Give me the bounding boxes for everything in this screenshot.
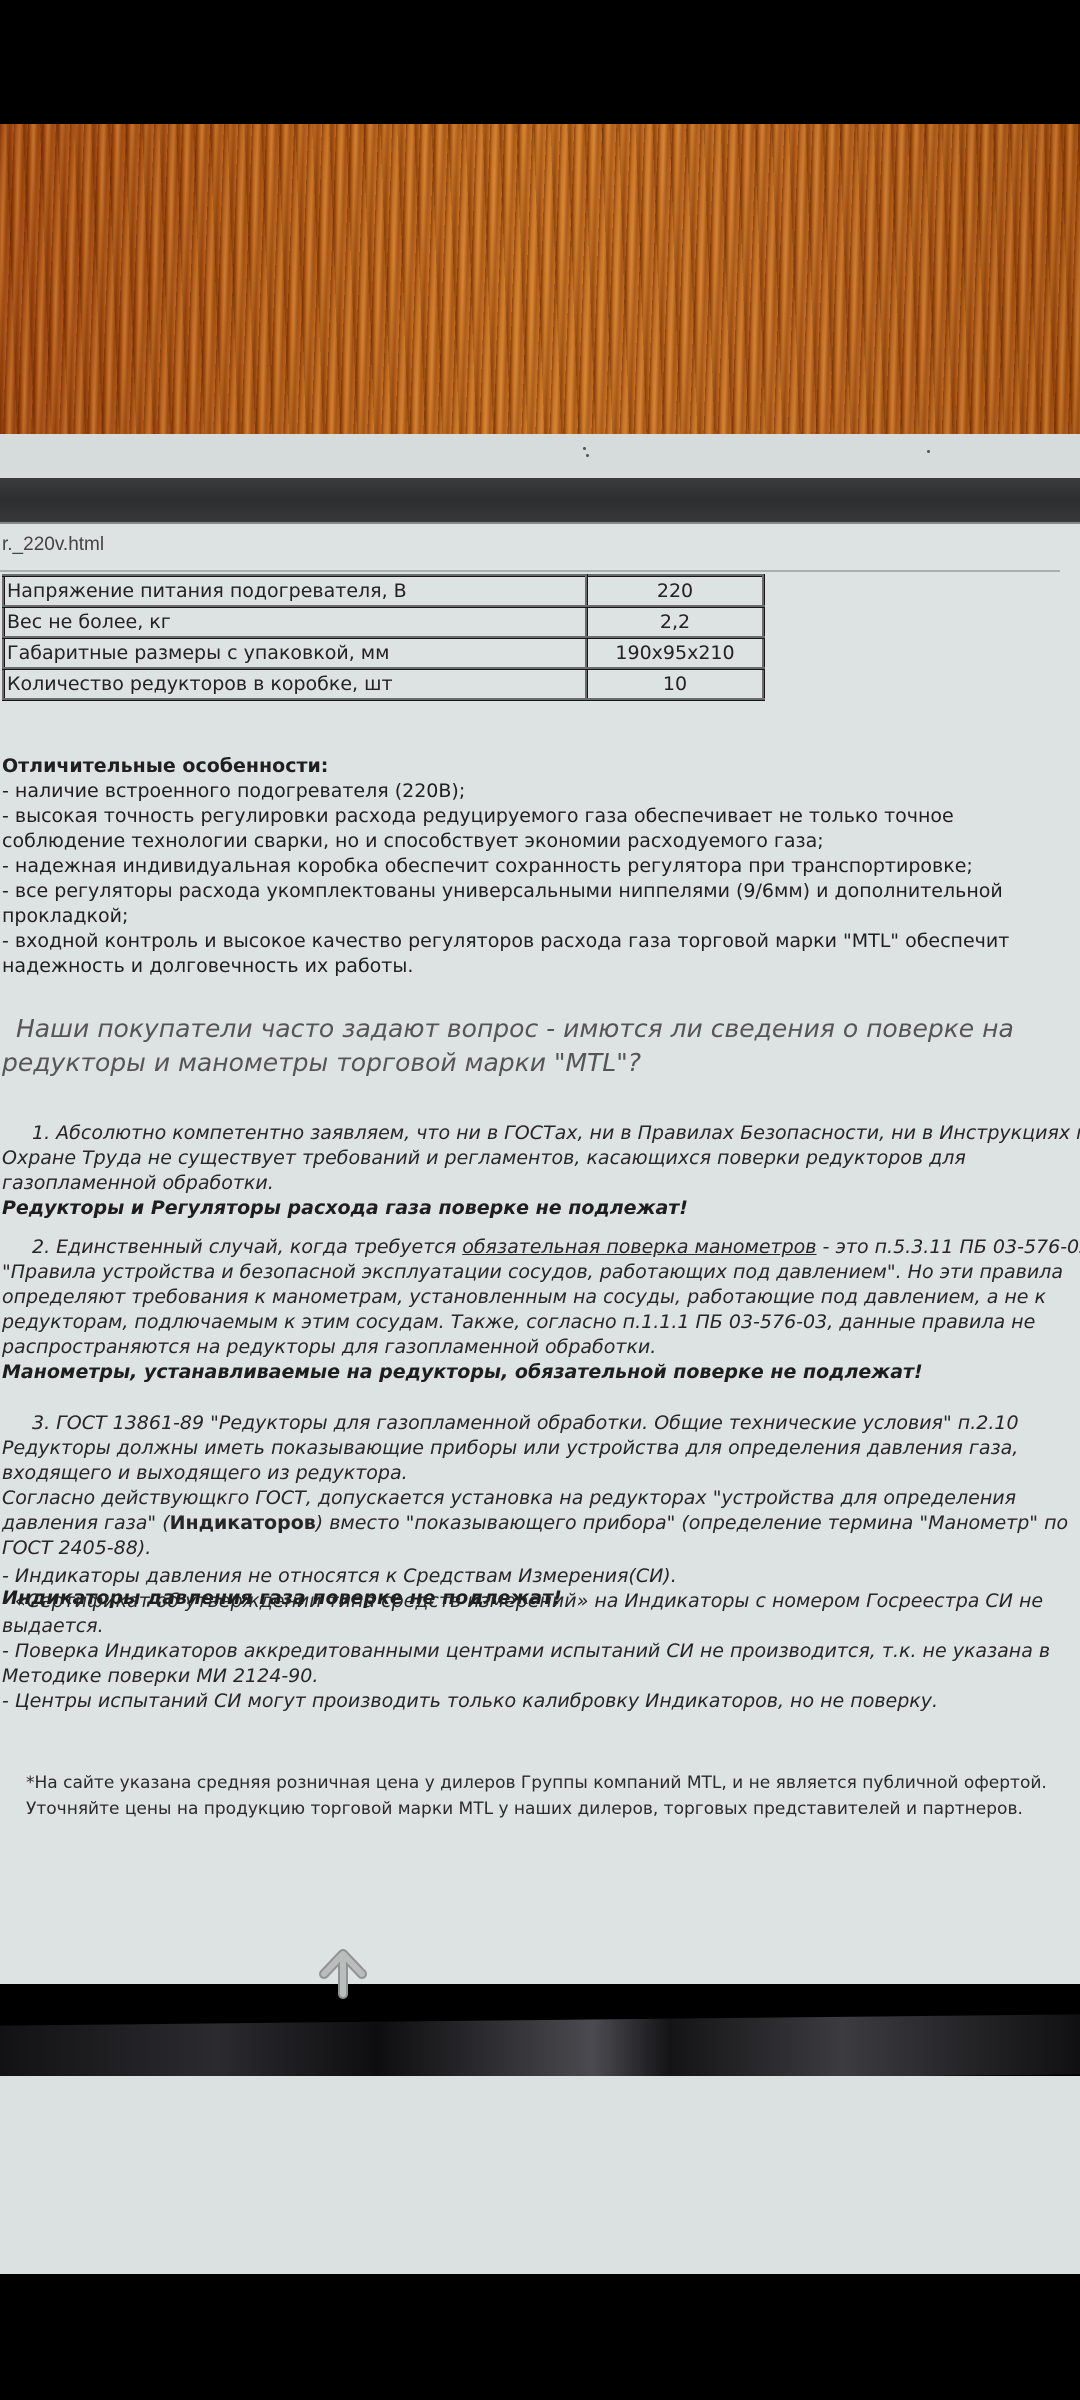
monitor-bezel-bottom: [0, 2014, 1080, 2085]
up-arrow-icon: [312, 1942, 374, 2004]
features-title: Отличительные особенности:: [2, 754, 1080, 779]
faq-paragraph-3-text2: Согласно действующкго ГОСТ, допускается …: [2, 1486, 1080, 1561]
spec-value: 2,2: [587, 607, 764, 638]
spec-value: 190x95x210: [587, 638, 764, 669]
price-footnote: *На сайте указана средняя розничная цена…: [26, 1770, 1080, 1822]
faq-heading: Наши покупатели часто задают вопрос - им…: [2, 1012, 1080, 1080]
feature-item: - наличие встроенного подогревателя (220…: [2, 779, 1080, 804]
indicators-term: Индикаторов: [170, 1512, 316, 1534]
scroll-to-top-button[interactable]: [312, 1942, 374, 2004]
faq-bullet-item: - «Сертификат об утверждении типа средст…: [2, 1589, 1080, 1639]
manometer-verification-link[interactable]: обязательная поверка манометров: [462, 1236, 816, 1258]
faq-paragraph-2-conclusion: Манометры, устанавливаемые на редукторы,…: [2, 1360, 1080, 1385]
features-section: Отличительные особенности: - наличие вст…: [2, 754, 1080, 979]
spec-table: Напряжение питания подогревателя, В220Ве…: [2, 574, 765, 701]
spec-table-row: Габаритные размеры с упаковкой, мм190x95…: [4, 638, 764, 669]
browser-tab-title[interactable]: r._220v.html: [2, 534, 104, 556]
browser-toolbar: [0, 478, 1080, 524]
feature-item: - высокая точность регулировки расхода р…: [2, 804, 1080, 854]
feature-item: - надежная индивидуальная коробка обеспе…: [2, 854, 1080, 879]
web-page: r._220v.html Напряжение питания подогрев…: [0, 524, 1080, 1984]
photo-black-border-bottom: [0, 2274, 1080, 2400]
faq-bullet-item: - Индикаторы давления не относятся к Сре…: [2, 1564, 1080, 1589]
spec-label: Вес не более, кг: [4, 607, 587, 638]
faq-paragraph-2: 2. Единственный случай, когда требуется …: [2, 1210, 1080, 1410]
faq-paragraph-2-text-before: 2. Единственный случай, когда требуется: [2, 1236, 462, 1258]
footnote-line2: Уточняйте цены на продукцию торговой мар…: [26, 1796, 1080, 1822]
bezel-mark: [583, 447, 586, 450]
monitor-bezel-top: [0, 434, 1080, 480]
faq-bullet-item: - Поверка Индикаторов аккредитованными ц…: [2, 1639, 1080, 1689]
feature-item: - все регуляторы расхода укомплектованы …: [2, 879, 1080, 929]
background-surface-bottom: [0, 2076, 1080, 2274]
spec-table-row: Вес не более, кг2,2: [4, 607, 764, 638]
faq-paragraph-1-text: 1. Абсолютно компетентно заявляем, что н…: [2, 1122, 1080, 1194]
bezel-mark: [586, 454, 589, 457]
spec-table-row: Количество редукторов в коробке, шт10: [4, 669, 764, 700]
spec-value: 220: [587, 576, 764, 607]
faq-bullet-item: - Центры испытаний СИ могут производить …: [2, 1689, 1080, 1714]
photo-black-border-top: [0, 0, 1080, 124]
faq-heading-line2: редукторы и манометры торговой марки "MT…: [2, 1046, 1080, 1080]
footnote-line1: *На сайте указана средняя розничная цена…: [26, 1770, 1080, 1796]
spec-label: Количество редукторов в коробке, шт: [4, 669, 587, 700]
faq-bullets: - Индикаторы давления не относятся к Сре…: [2, 1564, 1080, 1714]
faq-paragraph-3-text1: 3. ГОСТ 13861-89 "Редукторы для газоплам…: [2, 1412, 1019, 1484]
features-list: - наличие встроенного подогревателя (220…: [2, 779, 1080, 979]
spec-label: Габаритные размеры с упаковкой, мм: [4, 638, 587, 669]
bezel-mark: [927, 450, 930, 453]
faq-heading-line1: Наши покупатели часто задают вопрос - им…: [2, 1012, 1080, 1046]
feature-item: - входной контроль и высокое качество ре…: [2, 929, 1080, 979]
browser-tab-strip: r._220v.html: [0, 524, 1060, 572]
spec-label: Напряжение питания подогревателя, В: [4, 576, 587, 607]
wooden-surface-background: [0, 124, 1080, 436]
spec-value: 10: [587, 669, 764, 700]
spec-table-row: Напряжение питания подогревателя, В220: [4, 576, 764, 607]
